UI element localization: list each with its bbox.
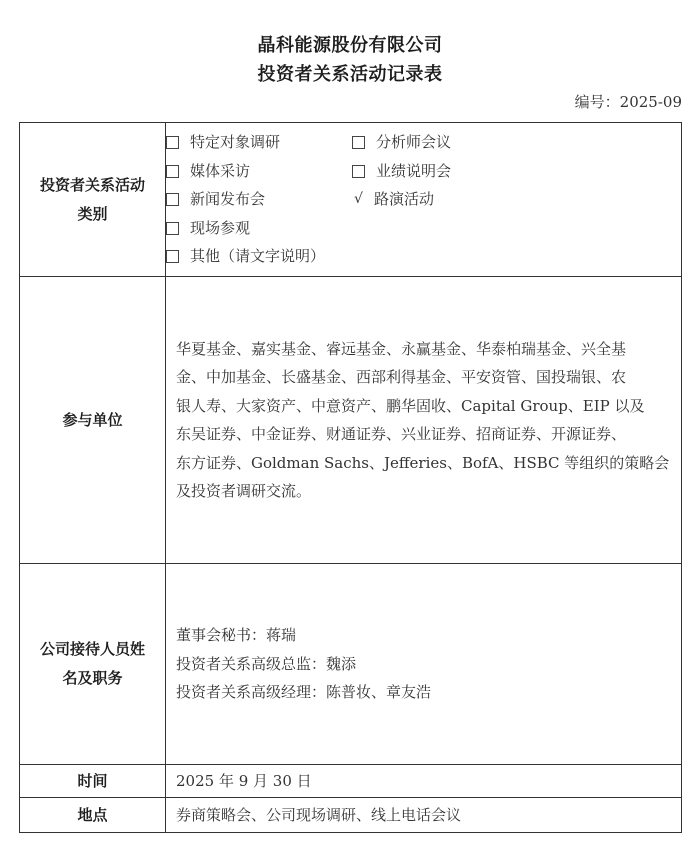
time-value: 2025 年 9 月 30 日 [166, 767, 681, 796]
reception-staff-label-line2: 名及职务 [20, 664, 165, 693]
time-label: 时间 [20, 765, 166, 798]
option-label: 业绩说明会 [376, 157, 451, 186]
location-label: 地点 [20, 798, 166, 833]
checkbox-unchecked-icon[interactable] [166, 222, 179, 235]
staff-ir-managers: 投资者关系高级经理：陈普妆、章友浩 [176, 678, 681, 707]
option-label: 特定对象调研 [190, 128, 280, 157]
activity-type-label-line2: 类别 [20, 200, 165, 229]
reception-staff-label-line1: 公司接待人员姓 [20, 635, 165, 664]
row-activity-type: 投资者关系活动 类别 特定对象调研 分析师会议 媒体采访 业绩说明会 新闻发布会… [20, 123, 682, 277]
option-media-interview[interactable]: 媒体采访 [166, 157, 352, 186]
activity-type-label: 投资者关系活动 类别 [20, 123, 166, 277]
participants-line: 金、中加基金、长盛基金、西部利得基金、平安资管、国投瑞银、农 [176, 363, 673, 392]
option-earnings-call[interactable]: 业绩说明会 [352, 157, 552, 186]
participants-line: 银人寿、大家资产、中意资产、鹏华固收、Capital Group、EIP 以及 [176, 392, 673, 421]
checkbox-unchecked-icon[interactable] [166, 193, 179, 206]
participants-line: 东方证券、Goldman Sachs、Jefferies、BofA、HSBC 等… [176, 449, 673, 478]
participants-line: 华夏基金、嘉实基金、睿远基金、永赢基金、华泰柏瑞基金、兴全基 [176, 335, 673, 364]
location-value: 券商策略会、公司现场调研、线上电话会议 [166, 801, 681, 830]
reception-staff-content: 董事会秘书：蒋瑞 投资者关系高级总监：魏添 投资者关系高级经理：陈普妆、章友浩 [166, 564, 682, 765]
option-label: 现场参观 [190, 214, 250, 243]
row-location: 地点 券商策略会、公司现场调研、线上电话会议 [20, 798, 682, 833]
participants-label: 参与单位 [20, 277, 166, 564]
location-value-cell: 券商策略会、公司现场调研、线上电话会议 [166, 798, 682, 833]
participants-line: 及投资者调研交流。 [176, 477, 673, 506]
option-label: 分析师会议 [376, 128, 451, 157]
staff-board-secretary: 董事会秘书：蒋瑞 [176, 621, 681, 650]
record-table: 投资者关系活动 类别 特定对象调研 分析师会议 媒体采访 业绩说明会 新闻发布会… [19, 122, 682, 833]
document-number: 编号：2025-09 [575, 91, 682, 112]
option-other[interactable]: 其他（请文字说明） [166, 242, 352, 271]
time-value-cell: 2025 年 9 月 30 日 [166, 765, 682, 798]
company-name: 晶科能源股份有限公司 [0, 31, 700, 57]
document-number-value: 2025-09 [620, 93, 682, 111]
option-press-conference[interactable]: 新闻发布会 [166, 185, 352, 214]
option-label: 路演活动 [374, 185, 434, 214]
row-time: 时间 2025 年 9 月 30 日 [20, 765, 682, 798]
form-title: 投资者关系活动记录表 [0, 60, 700, 86]
checkbox-unchecked-icon[interactable] [352, 165, 365, 178]
option-label: 其他（请文字说明） [190, 242, 325, 271]
row-participants: 参与单位 华夏基金、嘉实基金、睿远基金、永赢基金、华泰柏瑞基金、兴全基 金、中加… [20, 277, 682, 564]
option-analyst-meeting[interactable]: 分析师会议 [352, 128, 552, 157]
checkbox-unchecked-icon[interactable] [166, 136, 179, 149]
option-site-visit[interactable]: 现场参观 [166, 214, 352, 243]
option-label: 媒体采访 [190, 157, 250, 186]
option-specific-research[interactable]: 特定对象调研 [166, 128, 352, 157]
checkbox-unchecked-icon[interactable] [166, 250, 179, 263]
checkbox-unchecked-icon[interactable] [352, 136, 365, 149]
checkbox-unchecked-icon[interactable] [166, 165, 179, 178]
activity-type-label-line1: 投资者关系活动 [20, 171, 165, 200]
empty-slot [352, 214, 552, 243]
reception-staff-label: 公司接待人员姓 名及职务 [20, 564, 166, 765]
checkmark-icon[interactable]: √ [352, 185, 365, 214]
option-roadshow[interactable]: √路演活动 [352, 185, 552, 214]
participants-content: 华夏基金、嘉实基金、睿远基金、永赢基金、华泰柏瑞基金、兴全基 金、中加基金、长盛… [166, 277, 682, 564]
option-label: 新闻发布会 [190, 185, 265, 214]
document-number-label: 编号： [575, 93, 620, 111]
row-reception-staff: 公司接待人员姓 名及职务 董事会秘书：蒋瑞 投资者关系高级总监：魏添 投资者关系… [20, 564, 682, 765]
activity-type-options: 特定对象调研 分析师会议 媒体采访 业绩说明会 新闻发布会 √路演活动 现场参观… [166, 123, 682, 277]
staff-ir-director: 投资者关系高级总监：魏添 [176, 650, 681, 679]
participants-line: 东吴证券、中金证券、财通证券、兴业证券、招商证券、开源证券、 [176, 420, 673, 449]
